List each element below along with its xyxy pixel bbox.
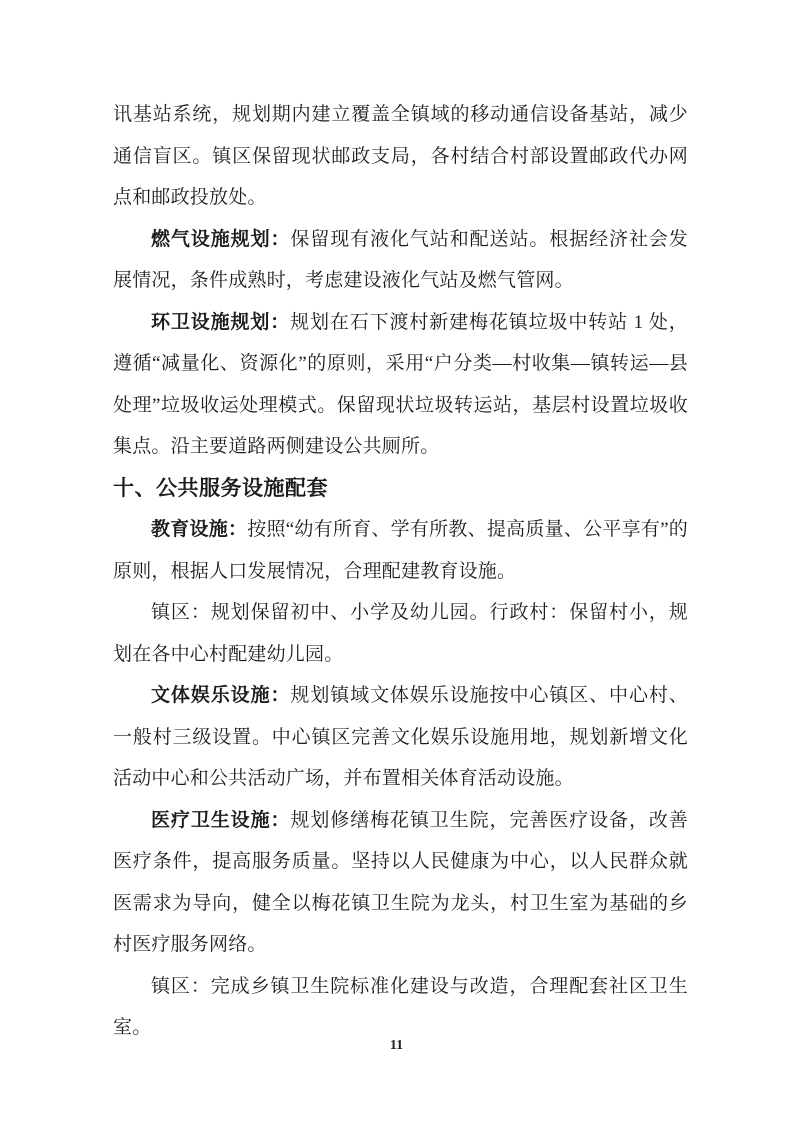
paragraph-text: 讯基站系统，规划期内建立覆盖全镇域的移动通信设备基站，减少通信盲区。镇区保留现状… (113, 104, 688, 208)
paragraph-culture-sports-facilities: 文体娱乐设施：规划镇域文体娱乐设施按中心镇区、中心村、一般村三级设置。中心镇区完… (113, 675, 688, 800)
paragraph-gas-facilities: 燃气设施规划：保留现有液化气站和配送站。根据经济社会发展情况，条件成熟时，考虑建… (113, 219, 688, 302)
paragraph-label: 燃气设施规划： (151, 229, 290, 250)
paragraph-label: 教育设施： (151, 519, 247, 540)
paragraph-label: 环卫设施规划： (151, 312, 290, 333)
paragraph-text: 镇区：规划保留初中、小学及幼儿园。行政村：保留村小，规划在各中心村配建幼儿园。 (113, 602, 688, 665)
paragraph-label: 医疗卫生设施： (151, 810, 290, 831)
paragraph-label: 文体娱乐设施： (151, 685, 290, 706)
paragraph-education-facilities: 教育设施：按照“幼有所育、学有所教、提高质量、公平享有”的原则，根据人口发展情况… (113, 509, 688, 592)
document-body: 讯基站系统，规划期内建立覆盖全镇域的移动通信设备基站，减少通信盲区。镇区保留现状… (113, 94, 688, 1049)
paragraph-text: 规划修缮梅花镇卫生院，完善医疗设备，改善医疗条件，提高服务质量。坚持以人民健康为… (113, 810, 688, 956)
paragraph-medical-town-detail: 镇区：完成乡镇卫生院标准化建设与改造，合理配套社区卫生室。 (113, 966, 688, 1049)
paragraph-education-town-detail: 镇区：规划保留初中、小学及幼儿园。行政村：保留村小，规划在各中心村配建幼儿园。 (113, 592, 688, 675)
document-page: 讯基站系统，规划期内建立覆盖全镇域的移动通信设备基站，减少通信盲区。镇区保留现状… (0, 0, 793, 1122)
paragraph-text: 镇区：完成乡镇卫生院标准化建设与改造，合理配套社区卫生室。 (113, 976, 688, 1039)
paragraph-text: 规划在石下渡村新建梅花镇垃圾中转站 1 处，遵循“减量化、资源化”的原则，采用“… (113, 312, 688, 458)
paragraph-sanitation-facilities: 环卫设施规划：规划在石下渡村新建梅花镇垃圾中转站 1 处，遵循“减量化、资源化”… (113, 302, 688, 468)
page-number: 11 (0, 1038, 793, 1054)
section-heading-public-services: 十、公共服务设施配套 (113, 468, 688, 510)
paragraph-telecom-postal: 讯基站系统，规划期内建立覆盖全镇域的移动通信设备基站，减少通信盲区。镇区保留现状… (113, 94, 688, 219)
paragraph-medical-facilities: 医疗卫生设施：规划修缮梅花镇卫生院，完善医疗设备，改善医疗条件，提高服务质量。坚… (113, 800, 688, 966)
